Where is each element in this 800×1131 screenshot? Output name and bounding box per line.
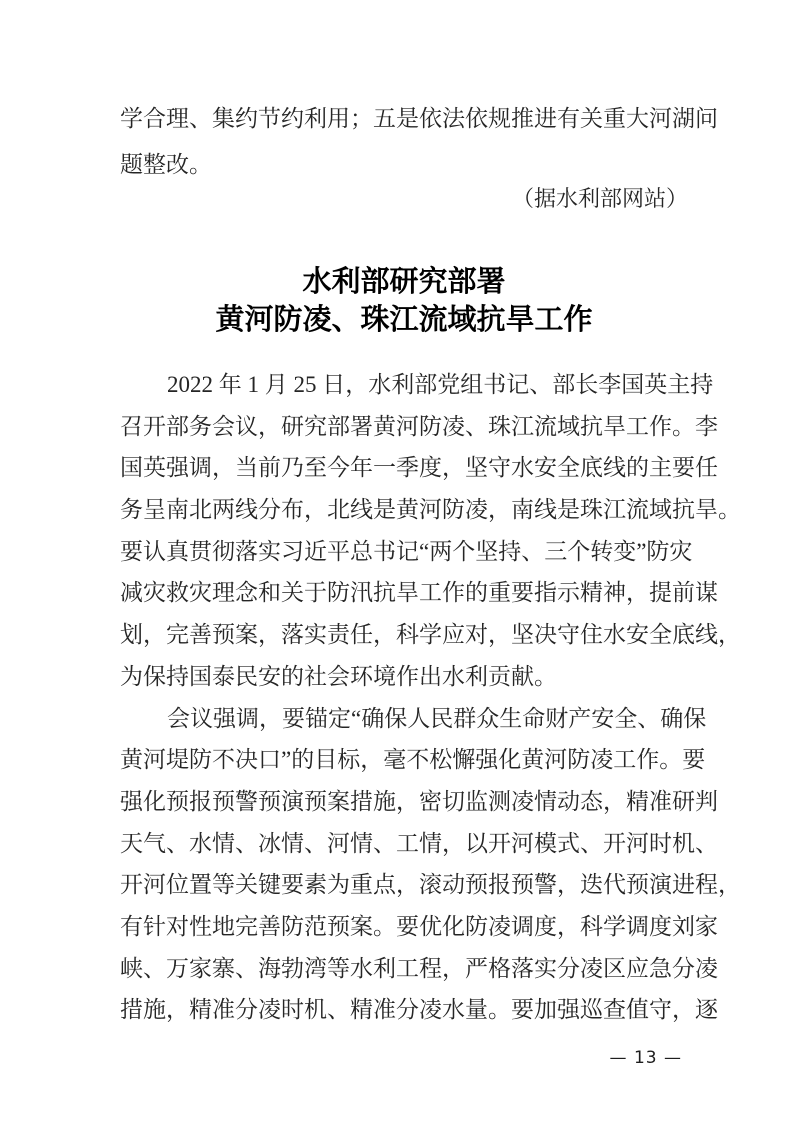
text-line: 召开部务会议，研究部署黄河防凌、珠江流域抗旱工作。李	[120, 406, 688, 448]
text-line: 减灾救灾理念和关于防汛抗旱工作的重要指示精神，提前谋	[120, 572, 688, 614]
document-page: 学合理、集约节约利用；五是依法依规推进有关重大河湖问 题整改。 （据水利部网站）…	[0, 0, 800, 1131]
paragraph: 2022 年 1 月 25 日，水利部党组书记、部长李国英主持 召开部务会议，研…	[120, 364, 688, 698]
text-line: 有针对性地完善防范预案。要优化防凌调度，科学调度刘家	[120, 906, 688, 948]
article-title: 水利部研究部署 黄河防凌、珠江流域抗旱工作	[120, 262, 688, 338]
article-title-line-2: 黄河防凌、珠江流域抗旱工作	[120, 300, 688, 338]
previous-article-tail: 学合理、集约节约利用；五是依法依规推进有关重大河湖问 题整改。	[120, 96, 688, 188]
text-line: 学合理、集约节约利用；五是依法依规推进有关重大河湖问	[120, 96, 688, 142]
paragraph: 会议强调，要锚定“确保人民群众生命财产安全、确保 黄河堤防不决口”的目标，毫不松…	[120, 698, 688, 1032]
article-title-line-1: 水利部研究部署	[120, 262, 688, 300]
text-line: 要认真贯彻落实习近平总书记“两个坚持、三个转变”防灾	[120, 531, 688, 573]
text-line: 峡、万家寨、海勃湾等水利工程，严格落实分凌区应急分凌	[120, 948, 688, 990]
article-body: 2022 年 1 月 25 日，水利部党组书记、部长李国英主持 召开部务会议，研…	[120, 364, 688, 1031]
text-line: 会议强调，要锚定“确保人民群众生命财产安全、确保	[120, 698, 688, 740]
text-line: 开河位置等关键要素为重点，滚动预报预警，迭代预演进程，	[120, 864, 688, 906]
text-line: 措施，精准分凌时机、精准分凌水量。要加强巡查值守，逐	[120, 989, 688, 1031]
text-line: 务呈南北两线分布，北线是黄河防凌，南线是珠江流域抗旱。	[120, 489, 688, 531]
text-line: 强化预报预警预演预案措施，密切监测凌情动态，精准研判	[120, 781, 688, 823]
text-line: 为保持国泰民安的社会环境作出水利贡献。	[120, 656, 688, 698]
page-number: — 13 —	[610, 1048, 682, 1068]
text-line: 黄河堤防不决口”的目标，毫不松懈强化黄河防凌工作。要	[120, 739, 688, 781]
text-line: 划，完善预案，落实责任，科学应对，坚决守住水安全底线，	[120, 614, 688, 656]
text-line: 国英强调，当前乃至今年一季度，坚守水安全底线的主要任	[120, 447, 688, 489]
source-attribution: （据水利部网站）	[120, 182, 688, 216]
text-line: 2022 年 1 月 25 日，水利部党组书记、部长李国英主持	[120, 364, 688, 406]
text-line: 天气、水情、冰情、河情、工情，以开河模式、开河时机、	[120, 823, 688, 865]
